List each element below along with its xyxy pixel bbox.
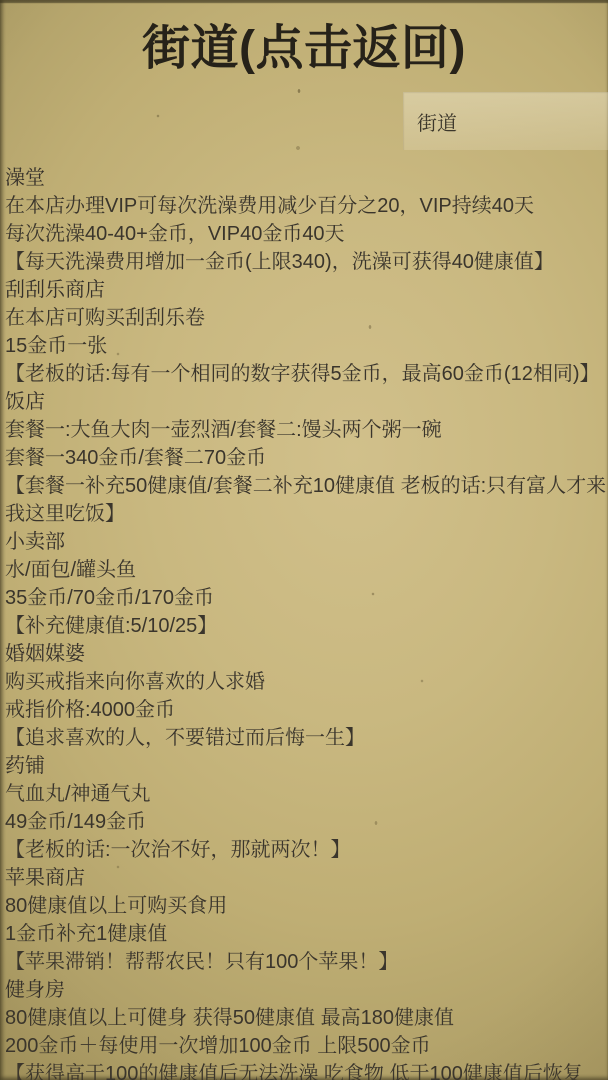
shop-line: 49金币/149金币 xyxy=(5,808,608,836)
shop-name[interactable]: 药铺 xyxy=(5,752,608,780)
shop-line: 购买戒指来向你喜欢的人求婚 xyxy=(5,668,608,696)
shop-line: 200金币＋每使用一次增加100金币 上限500金币 xyxy=(5,1032,608,1060)
shop-line: 【老板的话:每有一个相同的数字获得5金币，最高60金币(12相同)】 xyxy=(5,360,608,388)
shop-line: 每次洗澡40-40+金币，VIP40金币40天 xyxy=(5,220,608,248)
page-title[interactable]: 街道(点击返回) xyxy=(0,20,608,78)
street-nav-button[interactable]: 街道 xyxy=(403,92,608,150)
shop-line: 【补充健康值:5/10/25】 xyxy=(5,612,608,640)
shop-name[interactable]: 刮刮乐商店 xyxy=(5,276,608,304)
shop-line: 套餐一340金币/套餐二70金币 xyxy=(5,444,608,472)
shop-line: 【苹果滞销！帮帮农民！只有100个苹果！】 xyxy=(5,948,608,976)
shop-name[interactable]: 婚姻媒婆 xyxy=(5,640,608,668)
shop-line: 水/面包/罐头鱼 xyxy=(5,556,608,584)
shop-name[interactable]: 健身房 xyxy=(5,976,608,1004)
shop-list: 澡堂在本店办理VIP可每次洗澡费用减少百分之20，VIP持续40天每次洗澡40-… xyxy=(0,164,608,1080)
shop-name[interactable]: 小卖部 xyxy=(5,528,608,556)
shop-line: 在本店可购买刮刮乐卷 xyxy=(5,304,608,332)
shop-line: 【每天洗澡费用增加一金币(上限340)，洗澡可获得40健康值】 xyxy=(5,248,608,276)
shop-line: 1金币补充1健康值 xyxy=(5,920,608,948)
shop-name[interactable]: 澡堂 xyxy=(5,164,608,192)
shop-line: 【获得高于100的健康值后无法洗澡 吃食物 低于100健康值后恢复 xyxy=(5,1060,608,1080)
street-nav-button-label: 街道 xyxy=(417,107,457,136)
shop-line: 35金币/70金币/170金币 xyxy=(5,584,608,612)
shop-line: 15金币一张 xyxy=(5,332,608,360)
shop-name[interactable]: 饭店 xyxy=(5,388,608,416)
street-screen: 街道(点击返回) 街道 澡堂在本店办理VIP可每次洗澡费用减少百分之20，VIP… xyxy=(0,0,608,1080)
shop-line: 【套餐一补充50健康值/套餐二补充10健康值 老板的话:只有富人才来我这里吃饭】 xyxy=(5,472,608,528)
shop-line: 气血丸/神通气丸 xyxy=(5,780,608,808)
shop-name[interactable]: 苹果商店 xyxy=(5,864,608,892)
shop-line: 80健康值以上可购买食用 xyxy=(5,892,608,920)
shop-line: 套餐一:大鱼大肉一壶烈酒/套餐二:馒头两个粥一碗 xyxy=(5,416,608,444)
shop-line: 80健康值以上可健身 获得50健康值 最高180健康值 xyxy=(5,1004,608,1032)
shop-line: 【老板的话:一次治不好，那就两次！】 xyxy=(5,836,608,864)
shop-line: 戒指价格:4000金币 xyxy=(5,696,608,724)
shop-line: 在本店办理VIP可每次洗澡费用减少百分之20，VIP持续40天 xyxy=(5,192,608,220)
shop-line: 【追求喜欢的人，不要错过而后悔一生】 xyxy=(5,724,608,752)
